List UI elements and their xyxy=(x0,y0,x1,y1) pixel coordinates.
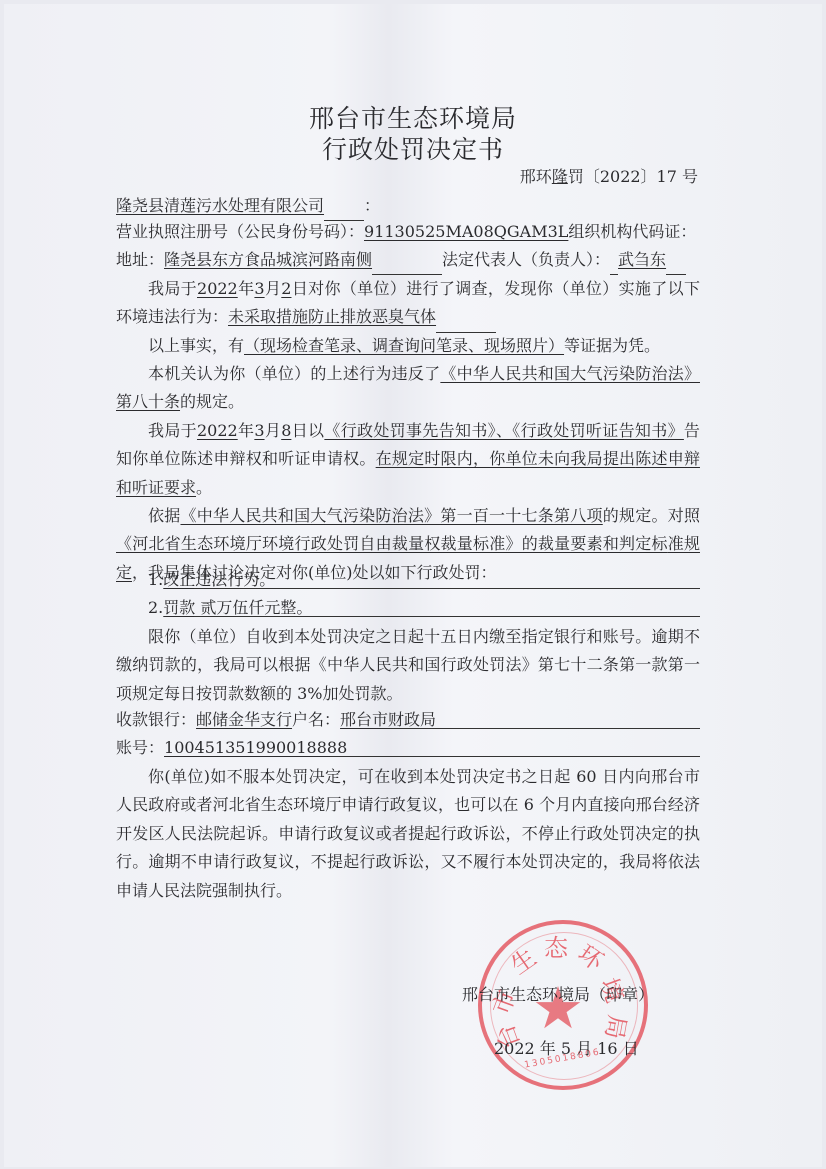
paragraph-investigation: 我局于2022年3月2日对你（单位）进行了调查，发现你（单位）实施了以下环境违法… xyxy=(116,275,700,333)
penalty-item-2: 2.罚款 贰万伍仟元整。 xyxy=(148,594,700,622)
address-value: 隆尧县东方食品城滨河路南侧 xyxy=(164,250,372,269)
party-name: 隆尧县清莲污水处理有限公司 xyxy=(116,196,324,215)
bank-rule xyxy=(390,728,700,729)
paragraph-law-violated: 本机关认为你（单位）的上述行为违反了《中华人民共和国大气污染防治法》第八十条的规… xyxy=(116,360,700,417)
paragraph-notification: 我局于2022年3月8日以《行政处罚事先告知书》、《行政处罚听证告知书》告知你单… xyxy=(116,417,700,502)
party-name-line: 隆尧县清莲污水处理有限公司 ： xyxy=(116,192,700,221)
address-line: 地址：隆尧县东方食品城滨河路南侧 法定代表人（负责人）： 武刍东 xyxy=(116,246,700,275)
paragraph-evidence: 以上事实，有（现场检查笔录、调查询问笔录、现场照片）等证据为凭。 xyxy=(116,332,700,360)
official-seal: 生 态 环 境 局 市 台 ★ 1305018806 xyxy=(478,920,648,1090)
document-number: 邢环隆罚〔2022〕17 号 xyxy=(520,164,698,187)
issue-date: 2022 年 5 月 16 日 xyxy=(494,1036,639,1059)
legal-representative: 武刍东 xyxy=(618,250,666,269)
license-line: 营业执照注册号（公民身份号码）：91130525MA08QGAM3L组织机构代码… xyxy=(116,218,700,246)
account-number: 100451351990018888 xyxy=(164,738,347,757)
issuer-signature: 邢台市生态环境局（印章） xyxy=(462,982,654,1005)
account-name: 邢台市财政局 xyxy=(340,710,436,729)
paragraph-payment-deadline: 限你（单位）自收到本处罚决定之日起十五日内缴至指定银行和账号。逾期不缴纳罚款的，… xyxy=(116,623,700,708)
bank-name: 邮储金华支行 xyxy=(196,710,292,729)
penalty-1-rule xyxy=(194,588,700,589)
license-number: 91130525MA08QGAM3L xyxy=(364,222,568,241)
paragraph-appeal-rights: 你(单位)如不服本处罚决定，可在收到本处罚决定书之日起 60 日内向邢台市人民政… xyxy=(116,763,700,905)
account-rule xyxy=(330,756,700,757)
penalty-2-rule xyxy=(194,616,700,617)
bank-line: 收款银行：邮储金华支行户名：邢台市财政局 xyxy=(116,706,700,734)
penalty-item-1: 1.改正违法行为。 xyxy=(148,566,700,594)
violation-text: 未采取措施防止排放恶臭气体 xyxy=(228,307,436,326)
document-type-title: 行政处罚决定书 xyxy=(0,130,826,166)
account-line: 账号：100451351990018888 xyxy=(116,734,700,762)
